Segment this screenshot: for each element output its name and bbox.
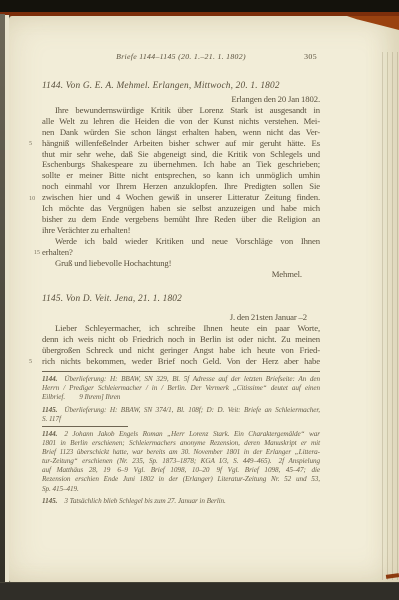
letter-line-text: zwischen hier und 4 Wochen gewiß in unse… xyxy=(42,192,320,202)
letter-line-text: Eschenburgs Shakespeare zu übernehmen. I… xyxy=(42,159,320,169)
letter-line: nen Dank würden Sie schon längst erhalte… xyxy=(42,127,320,138)
letter-1145-dateline: J. den 21sten Januar –2 xyxy=(42,312,320,323)
letter-line: denn ich weis nicht ob Friedrich noch in… xyxy=(42,334,320,345)
letter-line: übergroßen Schreck und nicht geringer An… xyxy=(42,345,320,356)
footnote-number: 1145. xyxy=(42,497,57,505)
letter-line: Eschenburgs Shakespeare zu übernehmen. I… xyxy=(42,159,320,170)
letter-line: Werde ich bald wieder Kritiken und neue … xyxy=(42,236,320,247)
letter-line: Ihre bewundernswürdige Kritik über Loren… xyxy=(42,105,320,116)
letter-line-text: thut mir sehr wehe, daß Sie abgeneigt si… xyxy=(42,149,320,159)
margin-line-number: 10 xyxy=(29,194,40,205)
margin-line-number: 5 xyxy=(29,139,40,150)
letter-line-text: Gruß und liebevolle Hochachtung! xyxy=(55,258,171,268)
apparatus-entry-1145: 1145.Überlieferung: H: BBAW, SN 374/1, B… xyxy=(42,406,320,424)
letter-line-text: denn ich weis nicht ob Friedrich noch in… xyxy=(42,334,320,344)
footnote-line: tur-Zeitung“ erschienen (Nr. 235, Sp. 18… xyxy=(42,457,320,466)
scan-bottom-dark-band xyxy=(0,582,399,600)
letter-line: 5rich nichts bekommen, weder Brief noch … xyxy=(42,356,320,367)
footnote-line: S. 117f xyxy=(42,415,320,424)
page-number: 305 xyxy=(304,52,317,61)
footnote-number: 1144. xyxy=(42,375,57,383)
footnote-line: Sp. 415–419. xyxy=(42,485,320,494)
letter-line: sollte er meiner Bitte nicht entsprechen… xyxy=(42,170,320,181)
letter-line-text: Werde ich bald wieder Kritiken und neue … xyxy=(55,236,320,246)
footnote-number: 1145. xyxy=(42,406,57,414)
margin-line-number: 15 xyxy=(29,248,40,259)
running-head: Briefe 1144–1145 (20. 1.–21. 1. 1802) 30… xyxy=(42,52,320,61)
letter-line: alle Welt zu lehren die Heiden die von d… xyxy=(42,116,320,127)
footnote-line: Rezension erschien Ende Juni 1802 in der… xyxy=(42,475,320,484)
footnote-line: 1144.Überlieferung: H: BBAW, SN 329, Bl.… xyxy=(42,375,320,384)
footnote-line-text: 3 Tatsächlich blieb Schlegel bis zum 27.… xyxy=(64,497,225,505)
letter-line-text: hängniß willenfeßelnder Arbeiten bisher … xyxy=(42,138,320,148)
letter-1144-dateline: Erlangen den 20 Jan 1802. xyxy=(42,94,320,105)
letter-line: bisher zu dem Ende vergebens bemüht Ihre… xyxy=(42,214,320,225)
letter-line-text: Lieber Schleyermacher, ich schreibe Ihne… xyxy=(55,323,320,333)
letter-line: Lieber Schleyermacher, ich schreibe Ihne… xyxy=(42,323,320,334)
running-head-title: Briefe 1144–1145 (20. 1.–21. 1. 1802) xyxy=(116,52,246,61)
letter-line: thut mir sehr wehe, daß Sie abgeneigt si… xyxy=(42,149,320,160)
commentary-entry-1145: 1145.3 Tatsächlich blieb Schlegel bis zu… xyxy=(42,497,320,506)
letter-line-text: bisher zu dem Ende vergebens bemüht Ihre… xyxy=(42,214,320,224)
letter-line-text: rich nichts bekommen, weder Brief noch G… xyxy=(42,356,320,366)
letter-1144-body: Erlangen den 20 Jan 1802. Ihre bewundern… xyxy=(42,94,320,279)
letter-line: noch einmahl vor Ihrem Herzen anzuklopfe… xyxy=(42,181,320,192)
letter-line: 5hängniß willenfeßelnder Arbeiten bisher… xyxy=(42,138,320,149)
letter-line-text: alle Welt zu lehren die Heiden die von d… xyxy=(42,116,320,126)
letter-line-text: übergroßen Schreck und nicht geringer An… xyxy=(42,345,320,355)
rust-corner-triangle xyxy=(347,16,399,30)
footnote-line: auf Matthäus 28, 19 6–9 Vgl. Brief 1098,… xyxy=(42,466,320,475)
footnote-line: 1144.2 Johann Jakob Engels Roman „Herr L… xyxy=(42,430,320,439)
commentary-section: 1144.2 Johann Jakob Engels Roman „Herr L… xyxy=(42,430,320,506)
margin-line-number: 5 xyxy=(29,357,40,368)
letter-line: 15erhalten? xyxy=(42,247,320,258)
letter-line-text: Ihre bewundernswürdige Kritik über Loren… xyxy=(55,105,320,115)
commentary-entry-1144: 1144.2 Johann Jakob Engels Roman „Herr L… xyxy=(42,430,320,494)
footnote-line: Brief 1123 überschickt hatte, war bereit… xyxy=(42,448,320,457)
apparatus-entry-1144: 1144.Überlieferung: H: BBAW, SN 329, Bl.… xyxy=(42,375,320,402)
letter-line-text: noch einmahl vor Ihrem Herzen anzuklopfe… xyxy=(42,181,320,191)
letter-line: ihre Verächter zu erhalten! xyxy=(42,225,320,236)
footnote-line: 1801 in Berlin erschienen; Schleiermache… xyxy=(42,439,320,448)
letter-line-text: nen Dank würden Sie schon längst erhalte… xyxy=(42,127,320,137)
letter-line-text: erhalten? xyxy=(42,247,73,257)
footnote-line: Herrn / Prediger Schleiermacher / in / B… xyxy=(42,384,320,393)
letter-line-text: ihre Verächter zu erhalten! xyxy=(42,225,130,235)
letter-line: Ich möchte das Vergnügen haben sie selbs… xyxy=(42,203,320,214)
apparatus-section: 1144.Überlieferung: H: BBAW, SN 329, Bl.… xyxy=(42,375,320,424)
letter-1144-heading: 1144. Von G. E. A. Mehmel. Erlangen, Mit… xyxy=(42,81,320,91)
commentary-separator-rule xyxy=(42,426,128,427)
footnote-line-text: Überlieferung: H: BBAW, SN 374/1, Bl. 10… xyxy=(64,406,320,414)
book-page: Briefe 1144–1145 (20. 1.–21. 1. 1802) 30… xyxy=(9,16,399,582)
letter-1145-body: J. den 21sten Januar –2 Lieber Schleyerm… xyxy=(42,312,320,367)
letter-line: 10zwischen hier und 4 Wochen gewiß in un… xyxy=(42,192,320,203)
footnote-line: 1145.Überlieferung: H: BBAW, SN 374/1, B… xyxy=(42,406,320,415)
letter-1145-heading: 1145. Von D. Veit. Jena, 21. 1. 1802 xyxy=(42,294,320,304)
footnote-line: Eilbrief. 9 Ihrem] Ihren xyxy=(42,393,320,402)
footnote-line-text: Überlieferung: H: BBAW, SN 329, Bl. 5f A… xyxy=(64,375,320,383)
apparatus-separator-rule xyxy=(42,371,320,372)
footnote-line-text: 2 Johann Jakob Engels Roman „Herr Lorenz… xyxy=(64,430,320,438)
letter-line-text: sollte er meiner Bitte nicht entsprechen… xyxy=(42,170,320,180)
letter-1144-signature: Mehmel. xyxy=(42,269,320,280)
footnote-number: 1144. xyxy=(42,430,57,438)
page-stack-striations xyxy=(378,52,399,580)
footnote-line: 1145.3 Tatsächlich blieb Schlegel bis zu… xyxy=(42,497,320,506)
letter-line: Gruß und liebevolle Hochachtung! xyxy=(42,258,320,269)
letter-line-text: Ich möchte das Vergnügen haben sie selbs… xyxy=(42,203,320,213)
